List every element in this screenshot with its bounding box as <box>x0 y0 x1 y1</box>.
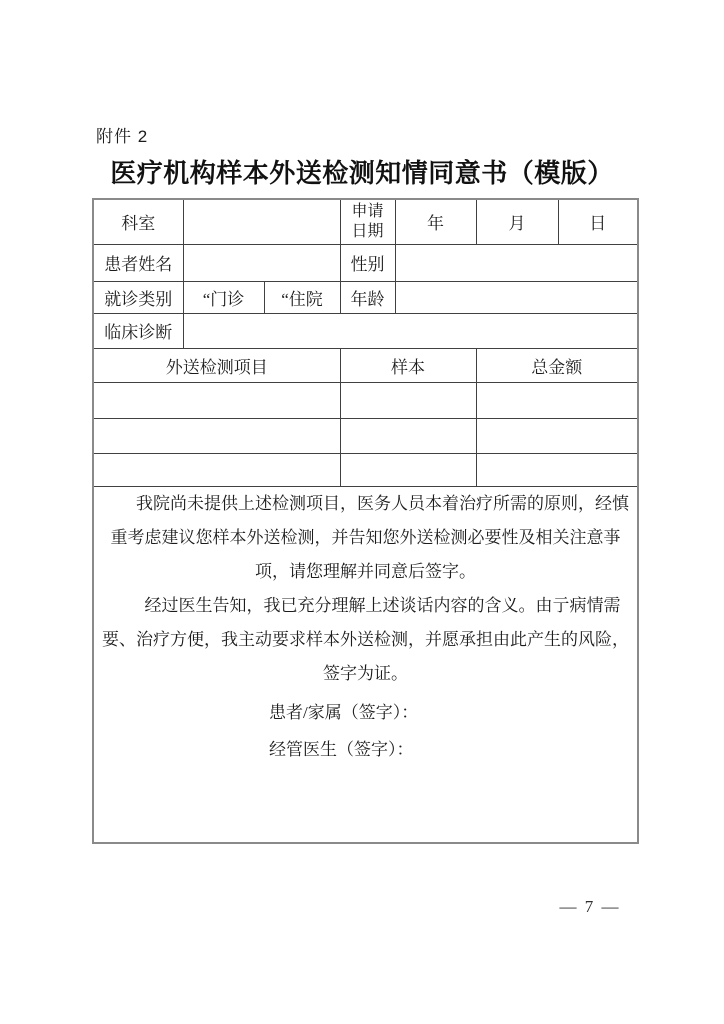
year-label[interactable]: 年 <box>395 199 476 244</box>
sample-cell[interactable] <box>340 382 476 418</box>
diagnosis-label: 临床诊断 <box>93 313 183 348</box>
attachment-label: 附件 2 <box>96 122 148 147</box>
month-label[interactable]: 月 <box>476 199 558 244</box>
consent-paragraph-1: 我院尚未提供上述检测项目，医务人员本着治疗所需的原则，经慎重考虑建议您样本外送检… <box>98 487 633 589</box>
doctor-signature-line[interactable]: 经管医生（签字）： <box>269 731 633 768</box>
row-visit-type-age: 就诊类别 “门诊 “住院 年龄 <box>93 281 638 313</box>
amount-header: 总金额 <box>476 348 638 382</box>
visit-type-label: 就诊类别 <box>93 281 183 313</box>
amount-cell[interactable] <box>476 382 638 418</box>
department-value-cell[interactable] <box>183 199 340 244</box>
page-number: — 7 — <box>540 897 640 917</box>
gender-value-cell[interactable] <box>395 244 638 281</box>
consent-paragraph-2: 经过医生告知，我已充分理解上述谈话内容的含义。由亍病情需要、治疗方便，我主动要求… <box>98 589 633 691</box>
amount-cell[interactable] <box>476 453 638 486</box>
row-patient-gender: 患者姓名 性别 <box>93 244 638 281</box>
item-cell[interactable] <box>93 418 340 453</box>
consent-form-table: 科室 申请日期 年 月 日 患者姓名 性别 就诊类别 “门诊 “住院 年龄 临床… <box>92 198 639 844</box>
sample-cell[interactable] <box>340 453 476 486</box>
empty-item-row <box>93 453 638 486</box>
consent-text-cell: 我院尚未提供上述检测项目，医务人员本着治疗所需的原则，经慎重考虑建议您样本外送检… <box>93 486 638 843</box>
item-cell[interactable] <box>93 453 340 486</box>
empty-item-row <box>93 418 638 453</box>
item-cell[interactable] <box>93 382 340 418</box>
sample-header: 样本 <box>340 348 476 382</box>
apply-date-label: 申请日期 <box>340 199 395 244</box>
row-consent-text: 我院尚未提供上述检测项目，医务人员本着治疗所需的原则，经慎重考虑建议您样本外送检… <box>93 486 638 843</box>
patient-signature-line[interactable]: 患者/家属（签字）： <box>269 694 633 731</box>
test-item-header: 外送检测项目 <box>93 348 340 382</box>
row-department-date: 科室 申请日期 年 月 日 <box>93 199 638 244</box>
row-diagnosis: 临床诊断 <box>93 313 638 348</box>
amount-cell[interactable] <box>476 418 638 453</box>
age-label: 年龄 <box>340 281 395 313</box>
patient-name-value-cell[interactable] <box>183 244 340 281</box>
outpatient-option[interactable]: “门诊 <box>183 281 264 313</box>
day-label[interactable]: 日 <box>558 199 638 244</box>
signature-block: 患者/家属（签字）： 经管医生（签字）： <box>269 694 633 768</box>
sample-cell[interactable] <box>340 418 476 453</box>
department-label: 科室 <box>93 199 183 244</box>
patient-name-label: 患者姓名 <box>93 244 183 281</box>
diagnosis-value-cell[interactable] <box>183 313 638 348</box>
row-items-header: 外送检测项目 样本 总金额 <box>93 348 638 382</box>
inpatient-option[interactable]: “住院 <box>264 281 340 313</box>
gender-label: 性别 <box>340 244 395 281</box>
age-value-cell[interactable] <box>395 281 638 313</box>
empty-item-row <box>93 382 638 418</box>
page-title: 医疗机构样本外送检测知情同意书（模版） <box>0 153 724 190</box>
